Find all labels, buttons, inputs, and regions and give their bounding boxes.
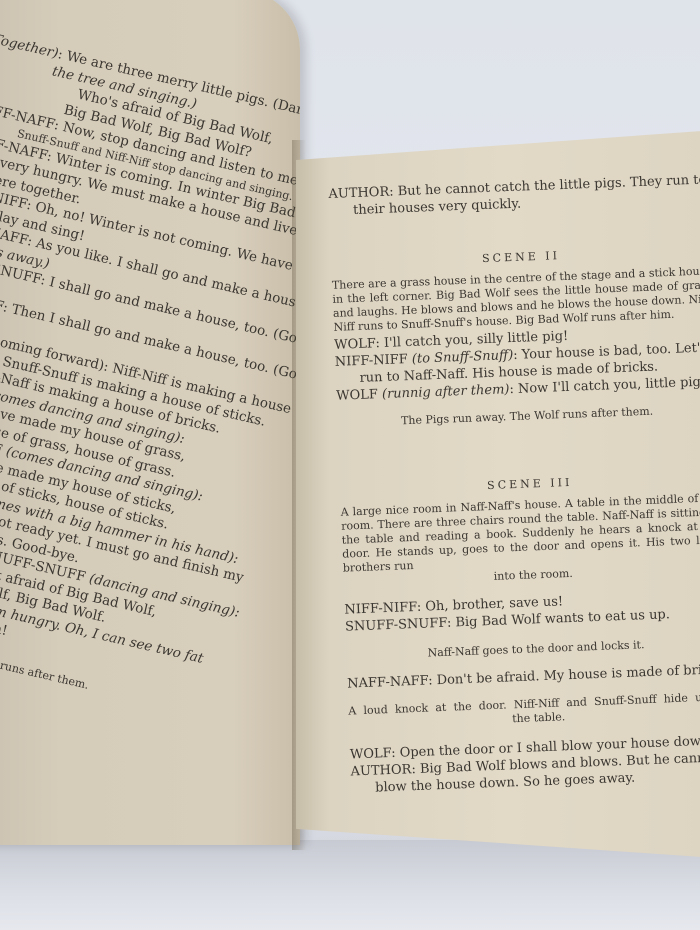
- left-page: (Together): We are three merry little pi…: [0, 0, 300, 845]
- scene-3-dialogue-3: WOLF: Open the door or I shall blow your…: [350, 732, 700, 798]
- scene-3-dialogue-2: NAFF-NAFF: Don't be afraid. My house is …: [347, 661, 700, 693]
- scene-2-closing-direction: The Pigs run away. The Wolf runs after t…: [337, 402, 700, 431]
- scene-3-description: A large nice room in Naff-Naff's house. …: [340, 491, 700, 576]
- scene-3-dialogue-1: NIFF-NIFF: Oh, brother, save us! SNUFF-S…: [344, 587, 700, 636]
- right-page-text: AUTHOR: But he cannot catch the little p…: [326, 115, 700, 797]
- author-opening: AUTHOR: But he cannot catch the little p…: [328, 171, 700, 220]
- scene-3-direction-1: Naff-Naff goes to the door and locks it.: [346, 635, 700, 664]
- left-page-text: (Together): We are three merry little pi…: [0, 30, 300, 712]
- scene-2-dialogue: WOLF: I'll catch you, silly little pig! …: [334, 322, 700, 405]
- right-page: AUTHOR: But he cannot catch the little p…: [296, 130, 700, 858]
- table-surface: [0, 840, 700, 930]
